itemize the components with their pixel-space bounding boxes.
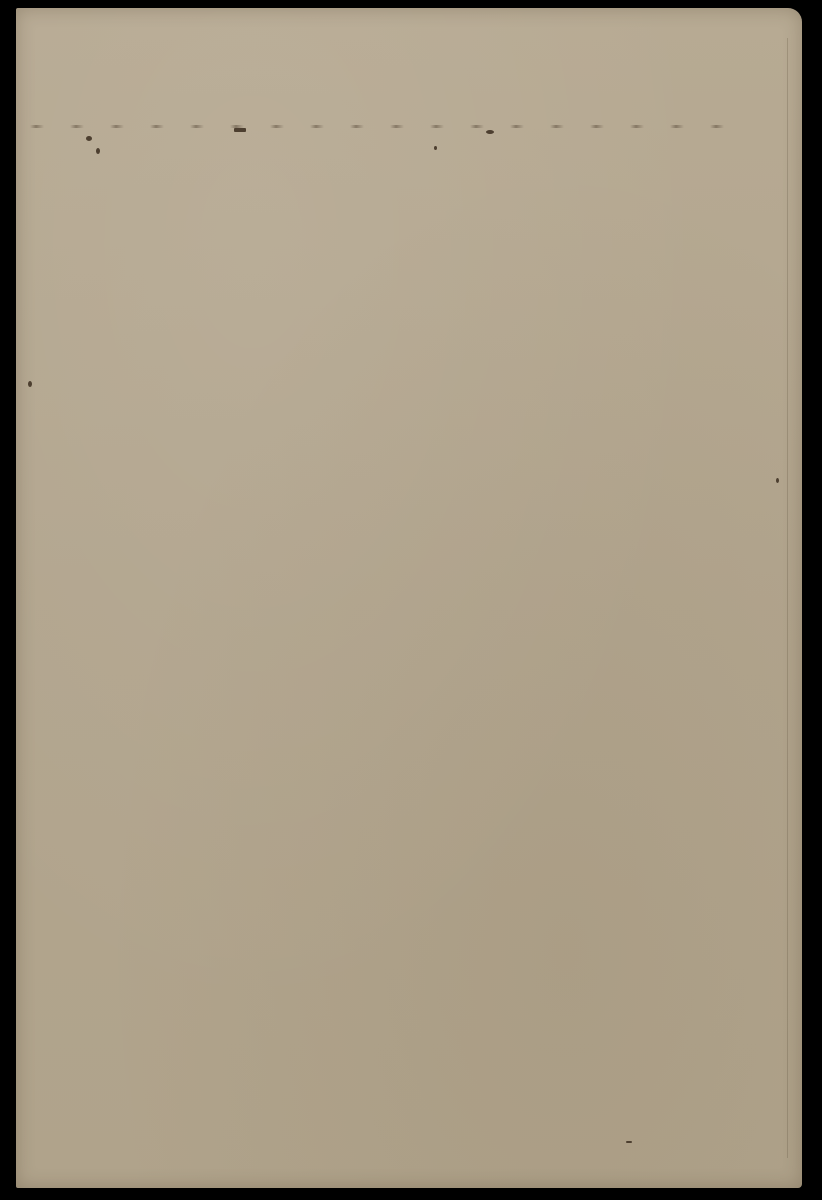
paper-sheet (16, 8, 802, 1188)
fleck (234, 128, 246, 132)
fleck (486, 130, 494, 134)
fleck (28, 381, 32, 387)
fleck (86, 136, 92, 141)
ink-stain-line (30, 125, 735, 128)
fleck (776, 478, 779, 483)
fleck (434, 146, 437, 150)
fleck (626, 1141, 632, 1143)
fleck (96, 148, 100, 154)
paper-edge-crease (787, 38, 788, 1158)
